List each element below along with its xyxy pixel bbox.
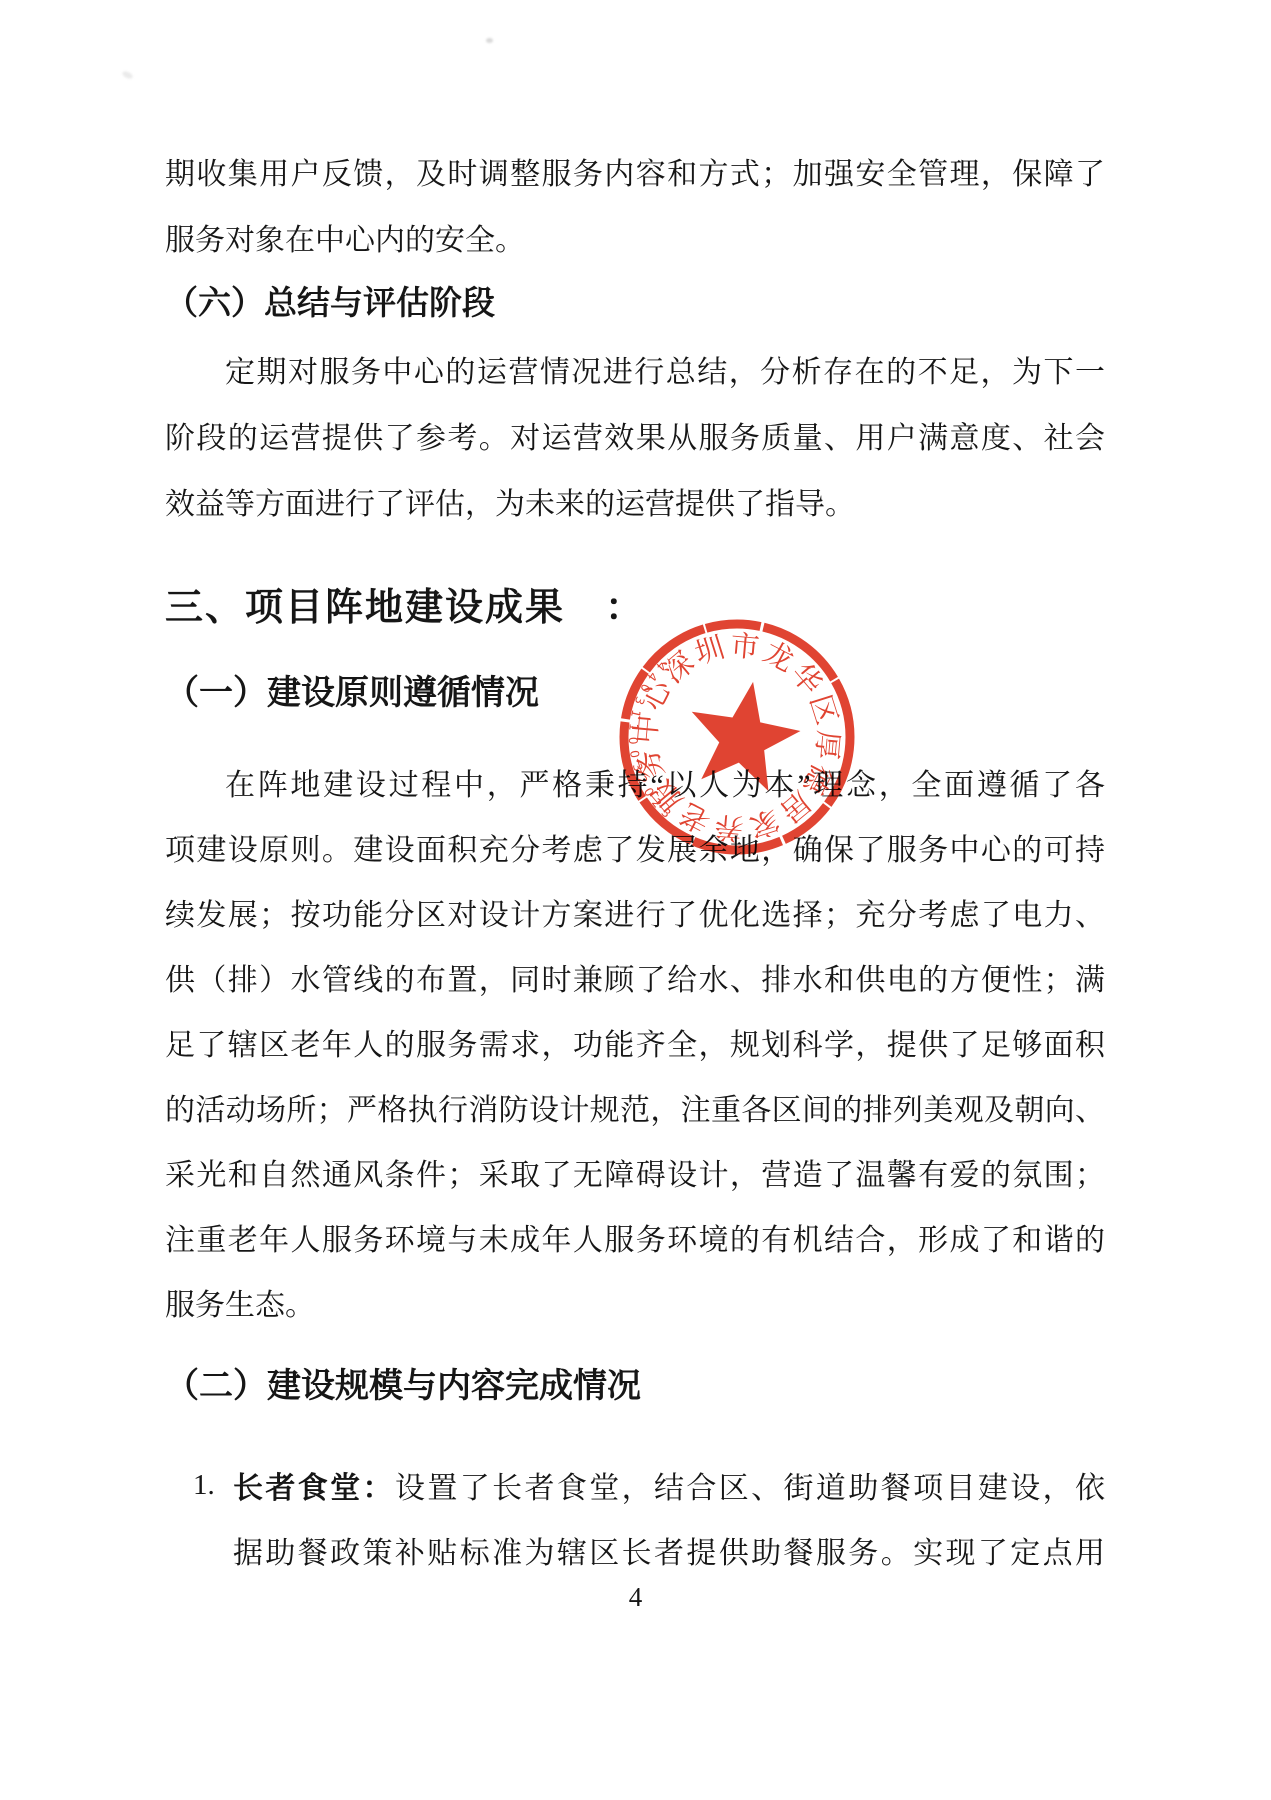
list-item-canteen: 长者食堂：设置了长者食堂，结合区、街道助餐项目建设，依 据助餐政策补贴标准为辖区… bbox=[233, 1456, 1105, 1586]
svg-text:0: 0 bbox=[626, 737, 640, 745]
paragraph-line: 采光和自然通风条件；采取了无障碍设计，营造了温馨有爱的氛围； bbox=[165, 1143, 1105, 1208]
paragraph-line: 服务生态。 bbox=[165, 1273, 1105, 1338]
svg-text:龙: 龙 bbox=[758, 635, 799, 678]
paragraph-summary: 定期对服务中心的运营情况进行总结，分析存在的不足，为下一 阶段的运营提供了参考。… bbox=[165, 340, 1105, 538]
paragraph-line: 长者食堂：设置了长者食堂，结合区、街道助餐项目建设，依 bbox=[233, 1456, 1105, 1521]
heading-section-six: （六）总结与评估阶段 bbox=[165, 284, 1105, 325]
svg-text:4: 4 bbox=[653, 659, 668, 674]
paragraph-line: 项建设原则。建设面积充分考虑了发展余地，确保了服务中心的可持 bbox=[165, 818, 1105, 883]
svg-text:市: 市 bbox=[729, 629, 761, 664]
paragraph-line: 的活动场所；严格执行消防设计规范，注重各区间的排列美观及朝向、 bbox=[165, 1078, 1105, 1143]
list-item-text: 设置了长者食堂，结合区、街道助餐项目建设，依 bbox=[395, 1472, 1105, 1505]
svg-text:圳: 圳 bbox=[691, 631, 729, 671]
paragraph-line: 阶段的运营提供了参考。对运营效果从服务质量、用户满意度、社会 bbox=[165, 406, 1105, 472]
paragraph-line: 注重老年人服务环境与未成年人服务环境的有机结合，形成了和谐的 bbox=[165, 1208, 1105, 1273]
scanned-document-page: 期收集用户反馈，及时调整服务内容和方式；加强安全管理，保障了 服务对象在中心内的… bbox=[0, 0, 1271, 1800]
heading-chapter-three: 三、项目阵地建设成果 ： bbox=[165, 585, 1105, 633]
list-item-term: 长者食堂： bbox=[233, 1472, 395, 1505]
heading-subsection-two: （二）建设规模与内容完成情况 bbox=[165, 1366, 1105, 1409]
svg-text:中: 中 bbox=[629, 713, 664, 745]
paragraph-line: 续发展；按功能分区对设计方案进行了优化选择；充分考虑了电力、 bbox=[165, 883, 1105, 948]
paragraph-line: 足了辖区老年人的服务需求，功能齐全，规划科学，提供了足够面积 bbox=[165, 1013, 1105, 1078]
paragraph-line: 定期对服务中心的运营情况进行总结，分析存在的不足，为下一 bbox=[165, 340, 1105, 406]
paragraph-continuation: 期收集用户反馈，及时调整服务内容和方式；加强安全管理，保障了 服务对象在中心内的… bbox=[165, 142, 1105, 274]
heading-subsection-one: （一）建设原则遵循情况 bbox=[165, 673, 1105, 716]
paragraph-line: 供（排）水管线的布置，同时兼顾了给水、排水和供电的方便性；满 bbox=[165, 948, 1105, 1013]
paragraph-line: 期收集用户反馈，及时调整服务内容和方式；加强安全管理，保障了 bbox=[165, 142, 1105, 208]
scan-artifact bbox=[486, 38, 493, 43]
svg-text:1: 1 bbox=[626, 723, 641, 732]
paragraph-principles: 在阵地建设过程中，严格秉持“以人为本”理念，全面遵循了各 项建设原则。建设面积充… bbox=[165, 753, 1105, 1338]
paragraph-line: 服务对象在中心内的安全。 bbox=[165, 208, 1105, 274]
paragraph-line: 效益等方面进行了评估，为未来的运营提供了指导。 bbox=[165, 472, 1105, 538]
paragraph-line: 据助餐政策补贴标准为辖区长者提供助餐服务。实现了定点用 bbox=[233, 1521, 1105, 1586]
paragraph-line: 在阵地建设过程中，严格秉持“以人为本”理念，全面遵循了各 bbox=[165, 753, 1105, 818]
list-item-number: 1. bbox=[193, 1469, 215, 1502]
page-number: 4 bbox=[0, 1582, 1271, 1613]
scan-artifact bbox=[121, 70, 134, 80]
